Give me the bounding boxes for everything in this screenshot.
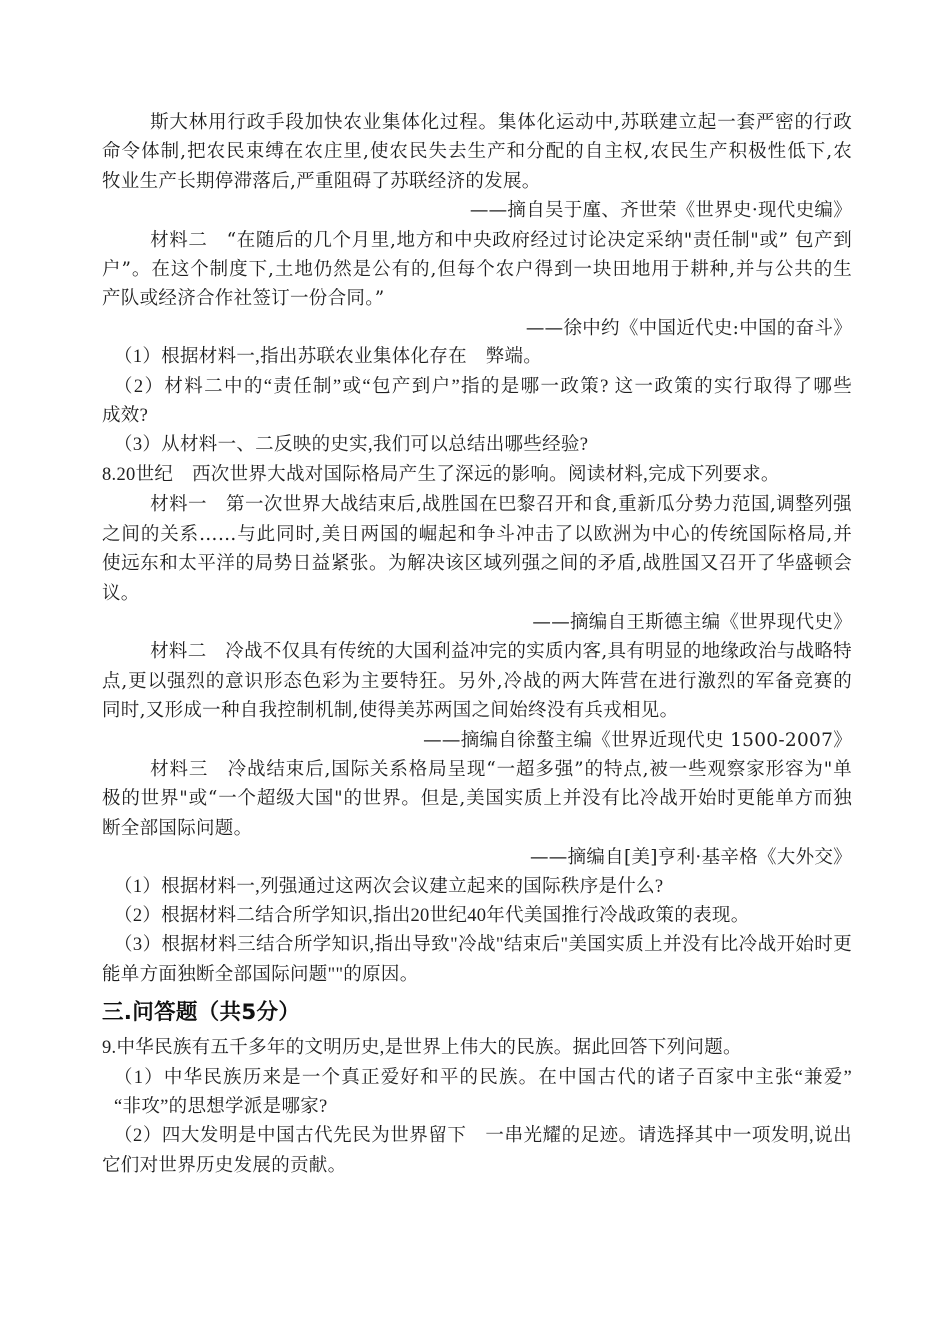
question-line: （3）根据材料三结合所学知识,指出导致"冷战"结束后"美国实质上并没有比冷战开始…: [102, 931, 852, 960]
question-line: “非攻”的思想学派是哪家?: [102, 1093, 852, 1122]
material-text: 极的世界"或“一个超级大国"的世界。但是,美国实质上并没有比冷战开始时更能单方而…: [102, 784, 852, 813]
question-line: 8.20世纪 西次世界大战对国际格局产生了深远的影响。阅读材料,完成下列要求。: [102, 461, 852, 490]
material-text: 之间的关系……与此同时,美日两国的崛起和争斗冲击了以欧洲为中心的传统国际格局,并: [102, 520, 852, 549]
source-attribution: ——摘编自王斯德主编《世界现代史》: [102, 608, 852, 637]
question-line: 9.中华民族有五千多年的文明历史,是世界上伟大的民族。据此回答下列问题。: [102, 1034, 852, 1063]
material-text: 产队或经济合作社签订一份合同。”: [102, 284, 852, 313]
material-text: 断全部国际问题。: [102, 814, 852, 843]
question-line: 能单方面独断全部国际问题""的原因。: [102, 961, 852, 990]
material-text: 使远东和太平洋的局势日益紧张。为解决该区域列强之间的矛盾,战胜国又召开了华盛顿会: [102, 549, 852, 578]
question-line: 它们对世界历史发展的贡献。: [102, 1152, 852, 1181]
question-line: （2）材料二中的“责任制”或“包产到户”指的是哪一政策? 这一政策的实行取得了哪…: [102, 373, 852, 402]
question-line: （1）根据材料一,列强通过这两次会议建立起来的国际秩序是什么?: [102, 873, 852, 902]
material-text: 同时,又形成一种自我控制机制,使得美苏两国之间始终没有兵戎相见。: [102, 696, 852, 725]
question-line: 成效?: [102, 402, 852, 431]
material-text: 点,更以强烈的意识形态色彩为主要特狂。另外,冷战的两大阵营在进行激烈的军备竞赛的: [102, 667, 852, 696]
source-attribution: ——摘编自徐螯主编《世界近现代史 1500-2007》: [102, 726, 852, 755]
source-attribution: ——摘自吴于廑、齐世荣《世界史·现代史编》: [102, 196, 852, 225]
exam-page: 斯大林用行政手段加快农业集体化过程。集体化运动中,苏联建立起一套严密的行政命令体…: [0, 0, 950, 1344]
material-text: 材料二 冷战不仅具有传统的大国利益冲完的实质内客,具有明显的地缘政治与战略特: [102, 637, 852, 666]
question-line: （3）从材料一、二反映的史实,我们可以总结出哪些经验?: [102, 431, 852, 460]
question-line: （2）根据材料二结合所学知识,指出20世纪40年代美国推行冷战政策的表现。: [102, 902, 852, 931]
material-text: 材料二 “在随后的几个月里,地方和中央政府经过讨论决定采纳"责任制"或” 包产到: [102, 226, 852, 255]
material-text: 斯大林用行政手段加快农业集体化过程。集体化运动中,苏联建立起一套严密的行政: [102, 108, 852, 137]
material-text: 户”。在这个制度下,土地仍然是公有的,但每个农户得到一块田地用于耕种,并与公共的…: [102, 255, 852, 284]
material-text: 材料一 第一次世界大战结束后,战胜国在巴黎召开和食,重新瓜分势力范国,调整列强: [102, 490, 852, 519]
material-text: 牧业生产长期停滞落后,严重阻碍了苏联经济的发展。: [102, 167, 852, 196]
document-content: 斯大林用行政手段加快农业集体化过程。集体化运动中,苏联建立起一套严密的行政命令体…: [102, 108, 852, 1181]
material-text: 议。: [102, 579, 852, 608]
question-line: （1）中华民族历来是一个真正爱好和平的民族。在中国古代的诸子百家中主张“兼爱”: [102, 1064, 852, 1093]
question-line: （2）四大发明是中国古代先民为世界留下 一串光耀的足迹。请选择其中一项发明,说出: [102, 1122, 852, 1151]
source-attribution: ——摘编自[美]亨利·基辛格《大外交》: [102, 843, 852, 872]
source-attribution: ——徐中约《中国近代史:中国的奋斗》: [102, 314, 852, 343]
material-text: 材料三 冷战结束后,国际关系格局呈现“一超多强”的特点,被一些观察家形容为"单: [102, 755, 852, 784]
material-text: 命令体制,把农民束缚在农庄里,使农民失去生产和分配的自主权,农民生产积极性低下,…: [102, 137, 852, 166]
question-line: （1）根据材料一,指出苏联农业集体化存在 弊端。: [102, 343, 852, 372]
section-heading: 三.问答题（共5分）: [102, 994, 852, 1032]
